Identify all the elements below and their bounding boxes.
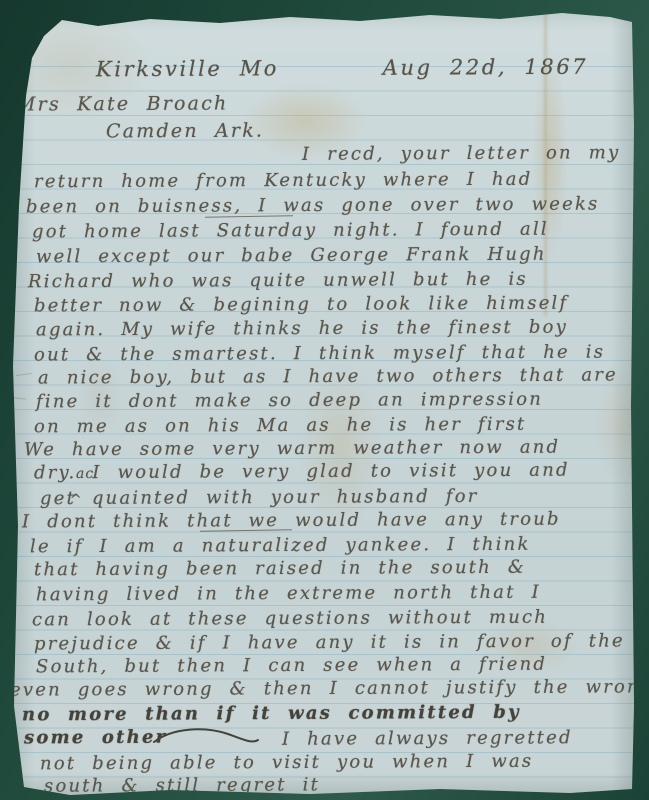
paper-edge-shading: [10, 6, 636, 796]
letter-paper: Kirksville Mo Aug 22d, 1867 Mrs Kate Bro…: [10, 6, 636, 796]
scan-background: Kirksville Mo Aug 22d, 1867 Mrs Kate Bro…: [0, 0, 649, 800]
